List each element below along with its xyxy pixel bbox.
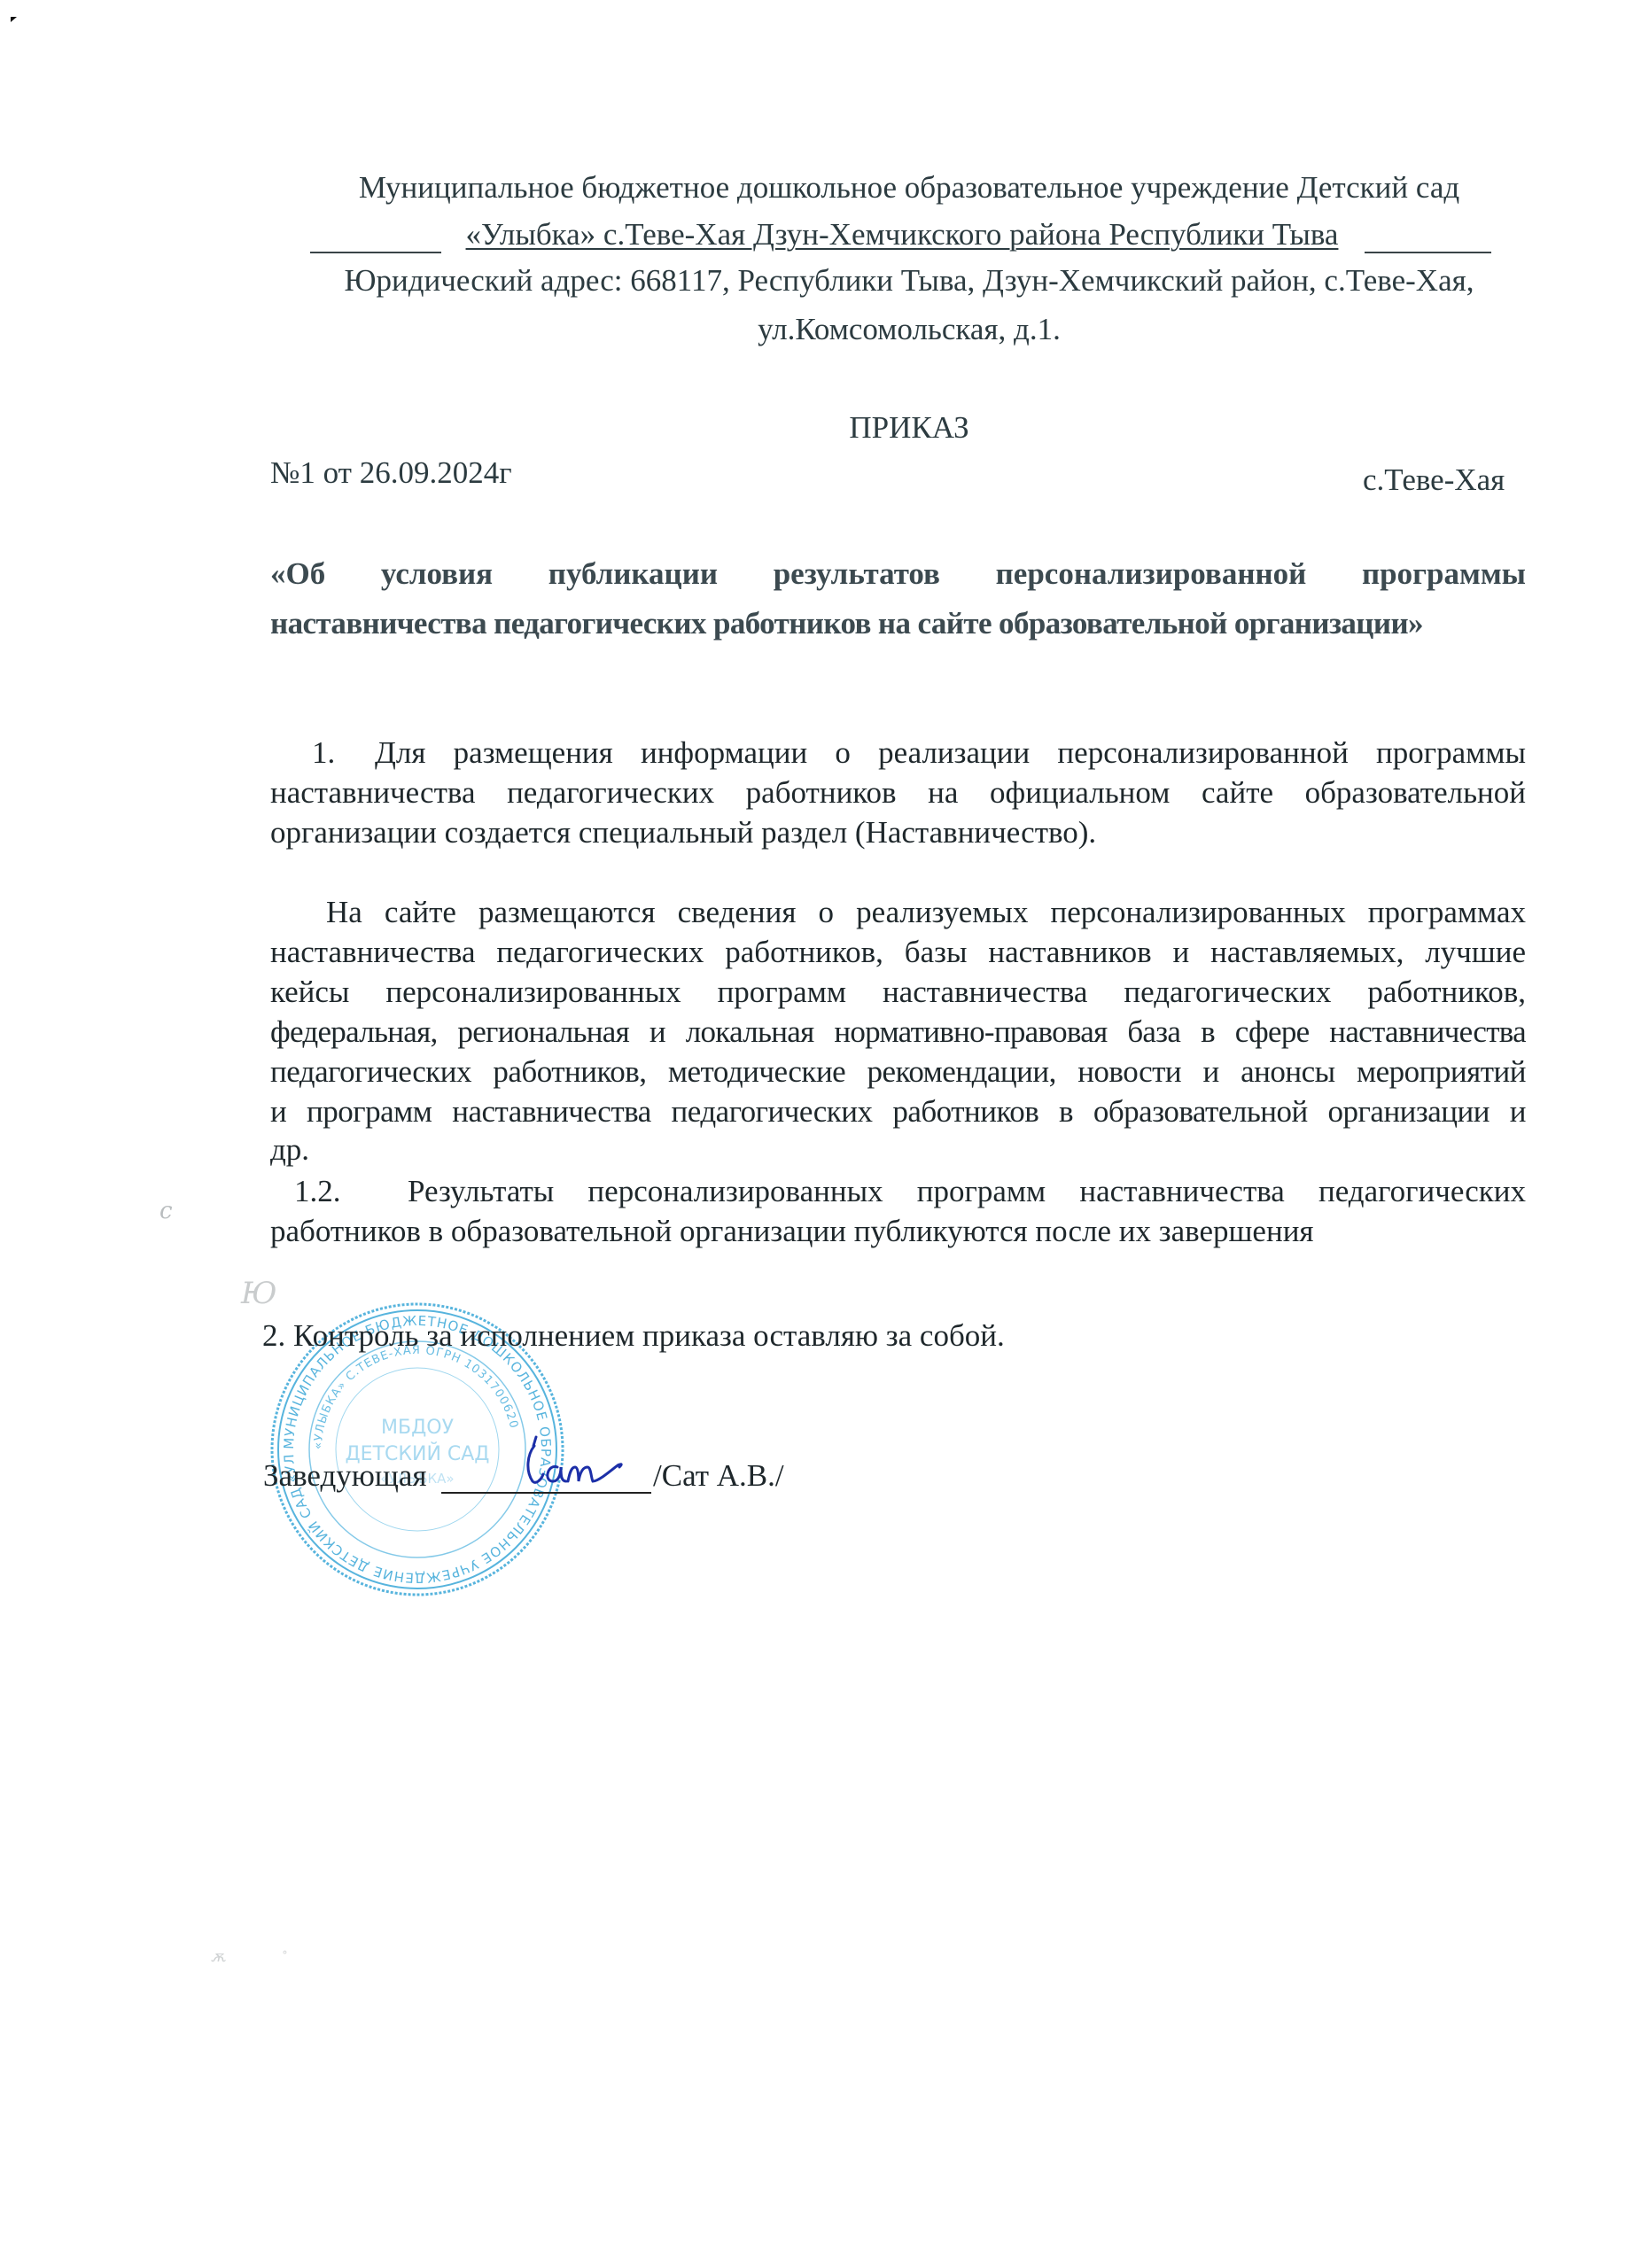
org-name-line2: «Улыбка» с.Теве-Хая Дзун-Хемчикского рай… [441,217,1363,252]
signature-position: Заведующая [263,1458,427,1494]
item1-2-line2: работников в образовательной организации… [270,1214,1314,1249]
order-place: с.Теве-Хая [1363,462,1505,498]
item1-line2: наставничества педагогических работников… [270,775,1526,811]
item1-para2-line4: федеральная, региональная и локальная но… [270,1014,1526,1050]
item1-number: 1. [312,735,335,771]
title-word: «Об [270,556,325,592]
scan-artifact-dot: ∘ [282,1946,288,1960]
legal-address-line2: ул.Комсомольская, д.1. [266,312,1552,347]
org-name-underline-left [310,252,441,253]
title-word: условия [381,556,493,592]
order-title-line1: «Об условия публикации результатов персо… [270,556,1526,592]
scan-corner-mark [11,17,17,22]
org-name-line2-text: «Улыбка» с.Теве-Хая Дзун-Хемчикского рай… [466,217,1339,252]
legal-address-line1: Юридический адрес: 668117, Республики Ты… [266,263,1552,299]
order-title-line2: наставничества педагогических работников… [270,606,1423,641]
item1-line3: организации создается специальный раздел… [270,815,1096,850]
margin-pencil-mark: c [159,1198,173,1224]
scan-artifact-mark: ѫ [211,1947,226,1966]
org-name-underline-right [1365,252,1491,253]
title-word: результатов [774,556,940,592]
order-heading: ПРИКАЗ [266,410,1552,446]
title-word: программы [1362,556,1526,592]
item1-2-line1: Результаты персонализированных программ … [408,1174,1526,1209]
item1-para2-line6: и программ наставничества педагогических… [270,1094,1526,1130]
handwritten-signature [509,1428,642,1495]
item1-para2-line3: кейсы персонализированных программ наста… [270,975,1526,1010]
item1-para2-line5: педагогических работников, методические … [270,1054,1526,1090]
item1-para2-line7: др. [270,1132,309,1168]
item1-para2-line1: На сайте размещаются сведения о реализуе… [326,895,1526,930]
pencil-scribble: Ю [241,1276,277,1311]
item1-line1: Для размещения информации о реализации п… [375,735,1526,771]
item1-2-number: 1.2. [294,1174,341,1209]
item2-text: 2. Контроль за исполнением приказа остав… [262,1318,1005,1354]
title-word: персонализированной [996,556,1307,592]
order-number-date: №1 от 26.09.2024г [270,455,512,491]
stamp-center-line1: МБДОУ [381,1417,455,1439]
org-name-line1: Муниципальное бюджетное дошкольное образ… [266,170,1552,206]
signatory-name: /Сат А.В./ [653,1458,784,1494]
title-word: публикации [548,556,718,592]
item1-para2-line2: наставничества педагогических работников… [270,935,1526,970]
